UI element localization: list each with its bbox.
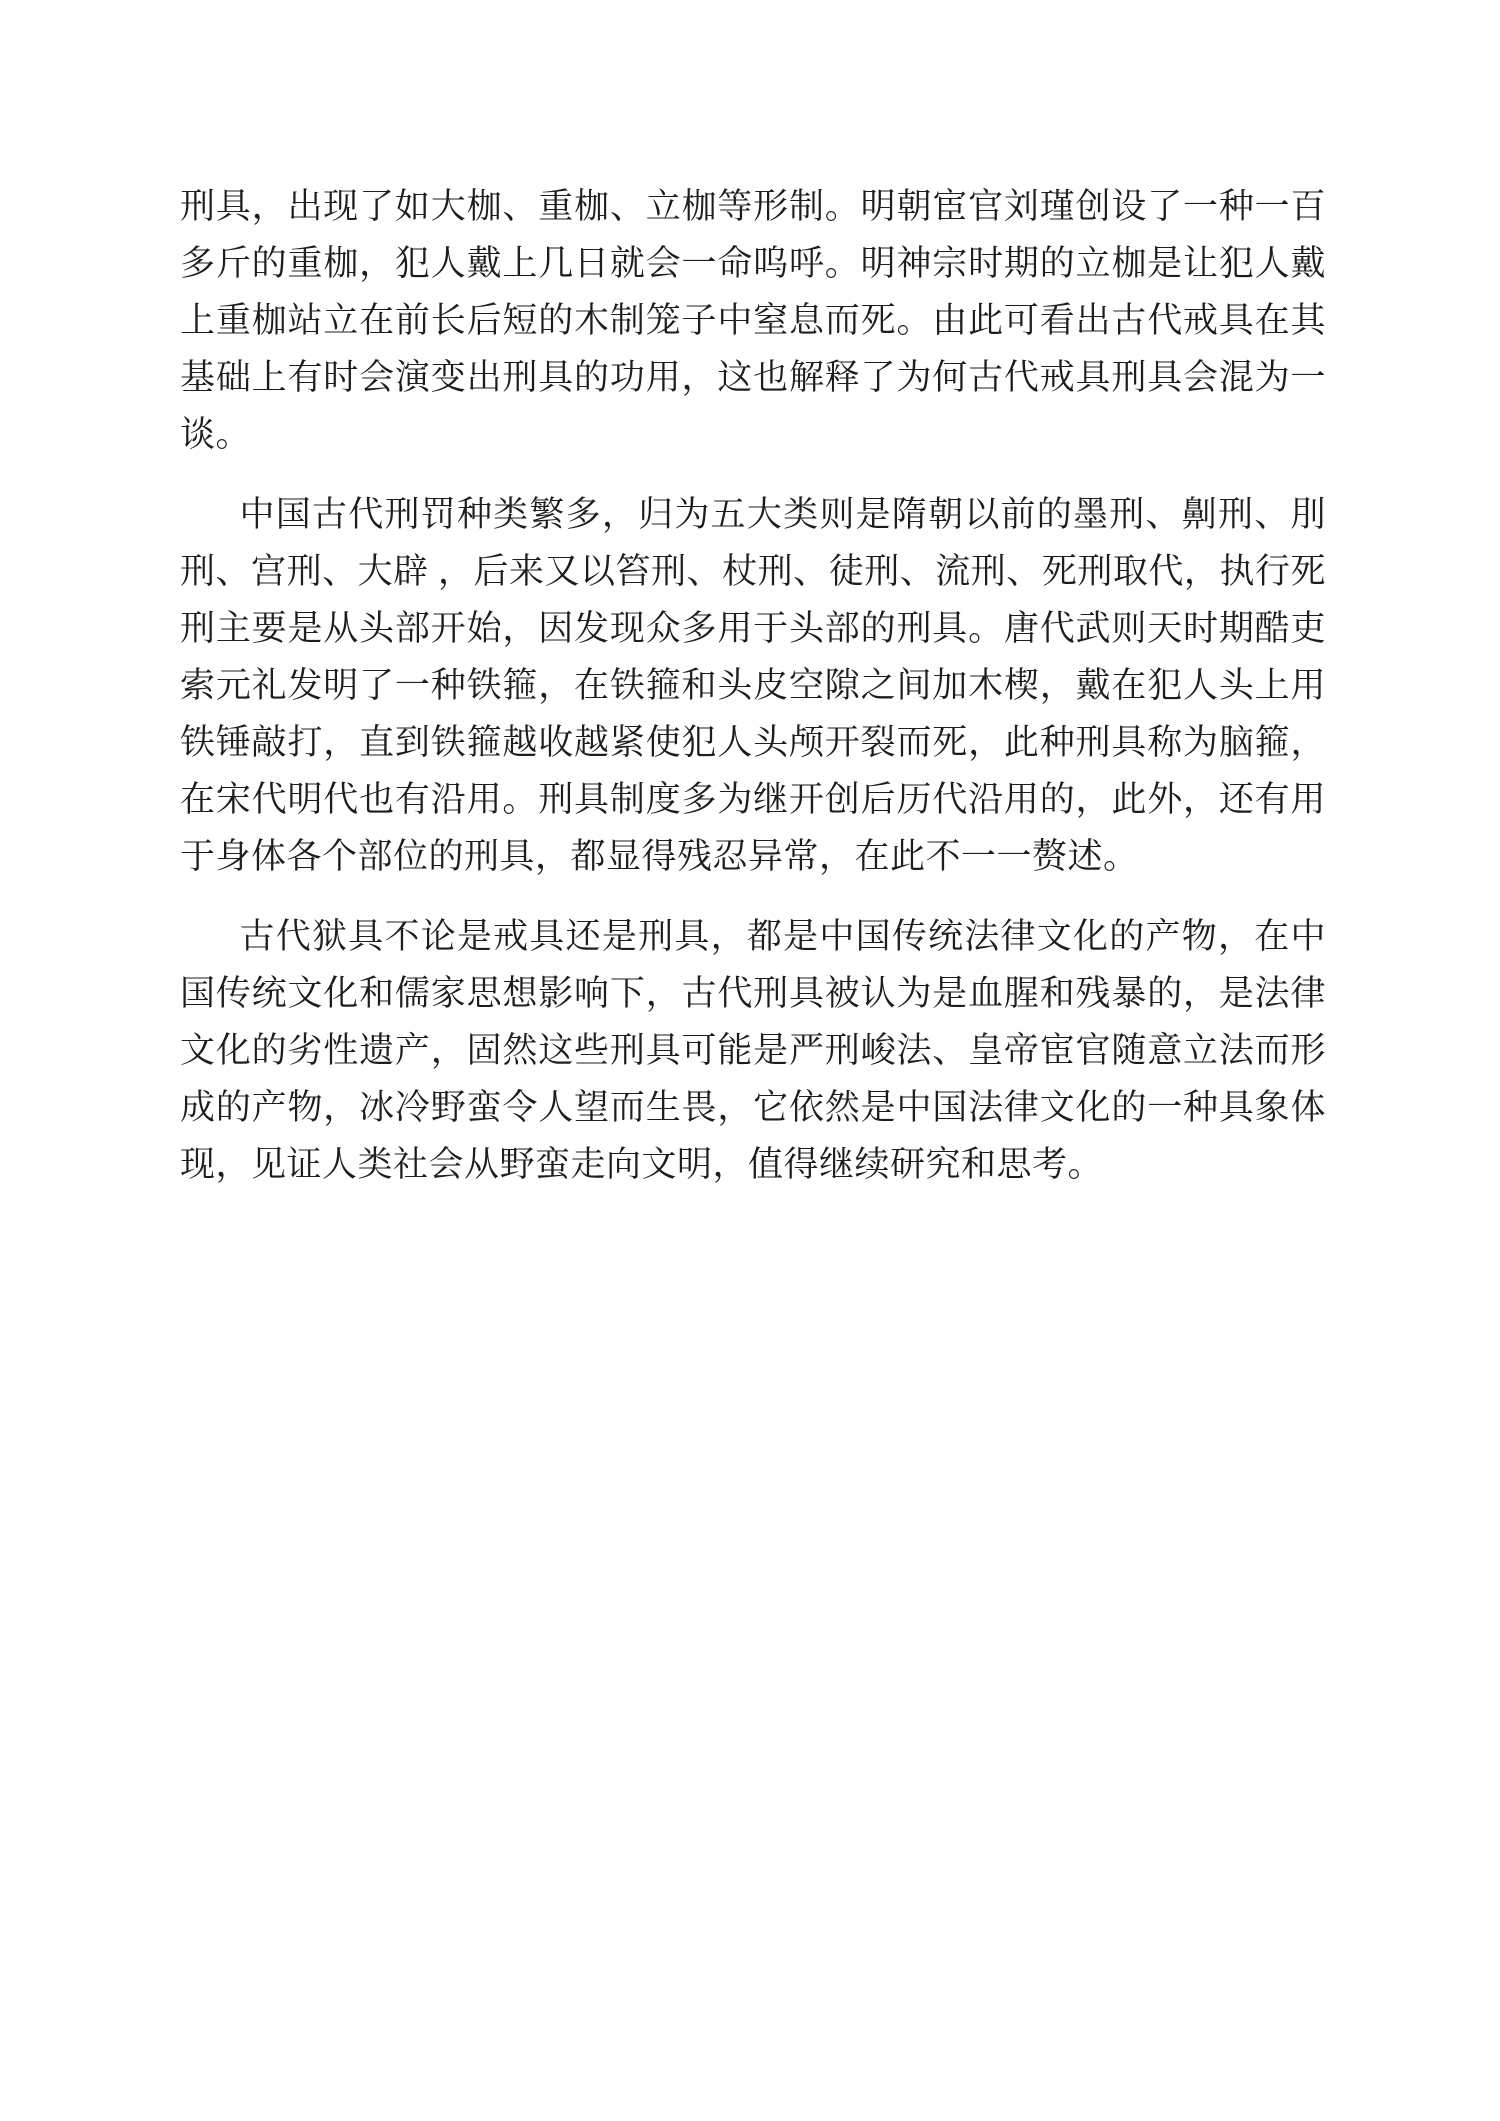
article-text-block: 刑具，出现了如大枷、重枷、立枷等形制。明朝宦官刘瑾创设了一种一百多斤的重枷，犯人… <box>180 178 1326 1193</box>
paragraph-1: 刑具，出现了如大枷、重枷、立枷等形制。明朝宦官刘瑾创设了一种一百多斤的重枷，犯人… <box>180 178 1326 463</box>
paragraph-2: 中国古代刑罚种类繁多，归为五大类则是隋朝以前的墨刑、劓刑、刖刑、宫刑、大辟 ，后… <box>180 486 1326 885</box>
paragraph-3: 古代狱具不论是戒具还是刑具，都是中国传统法律文化的产物，在中国传统文化和儒家思想… <box>180 908 1326 1193</box>
document-page: 刑具，出现了如大枷、重枷、立枷等形制。明朝宦官刘瑾创设了一种一百多斤的重枷，犯人… <box>0 0 1500 2121</box>
